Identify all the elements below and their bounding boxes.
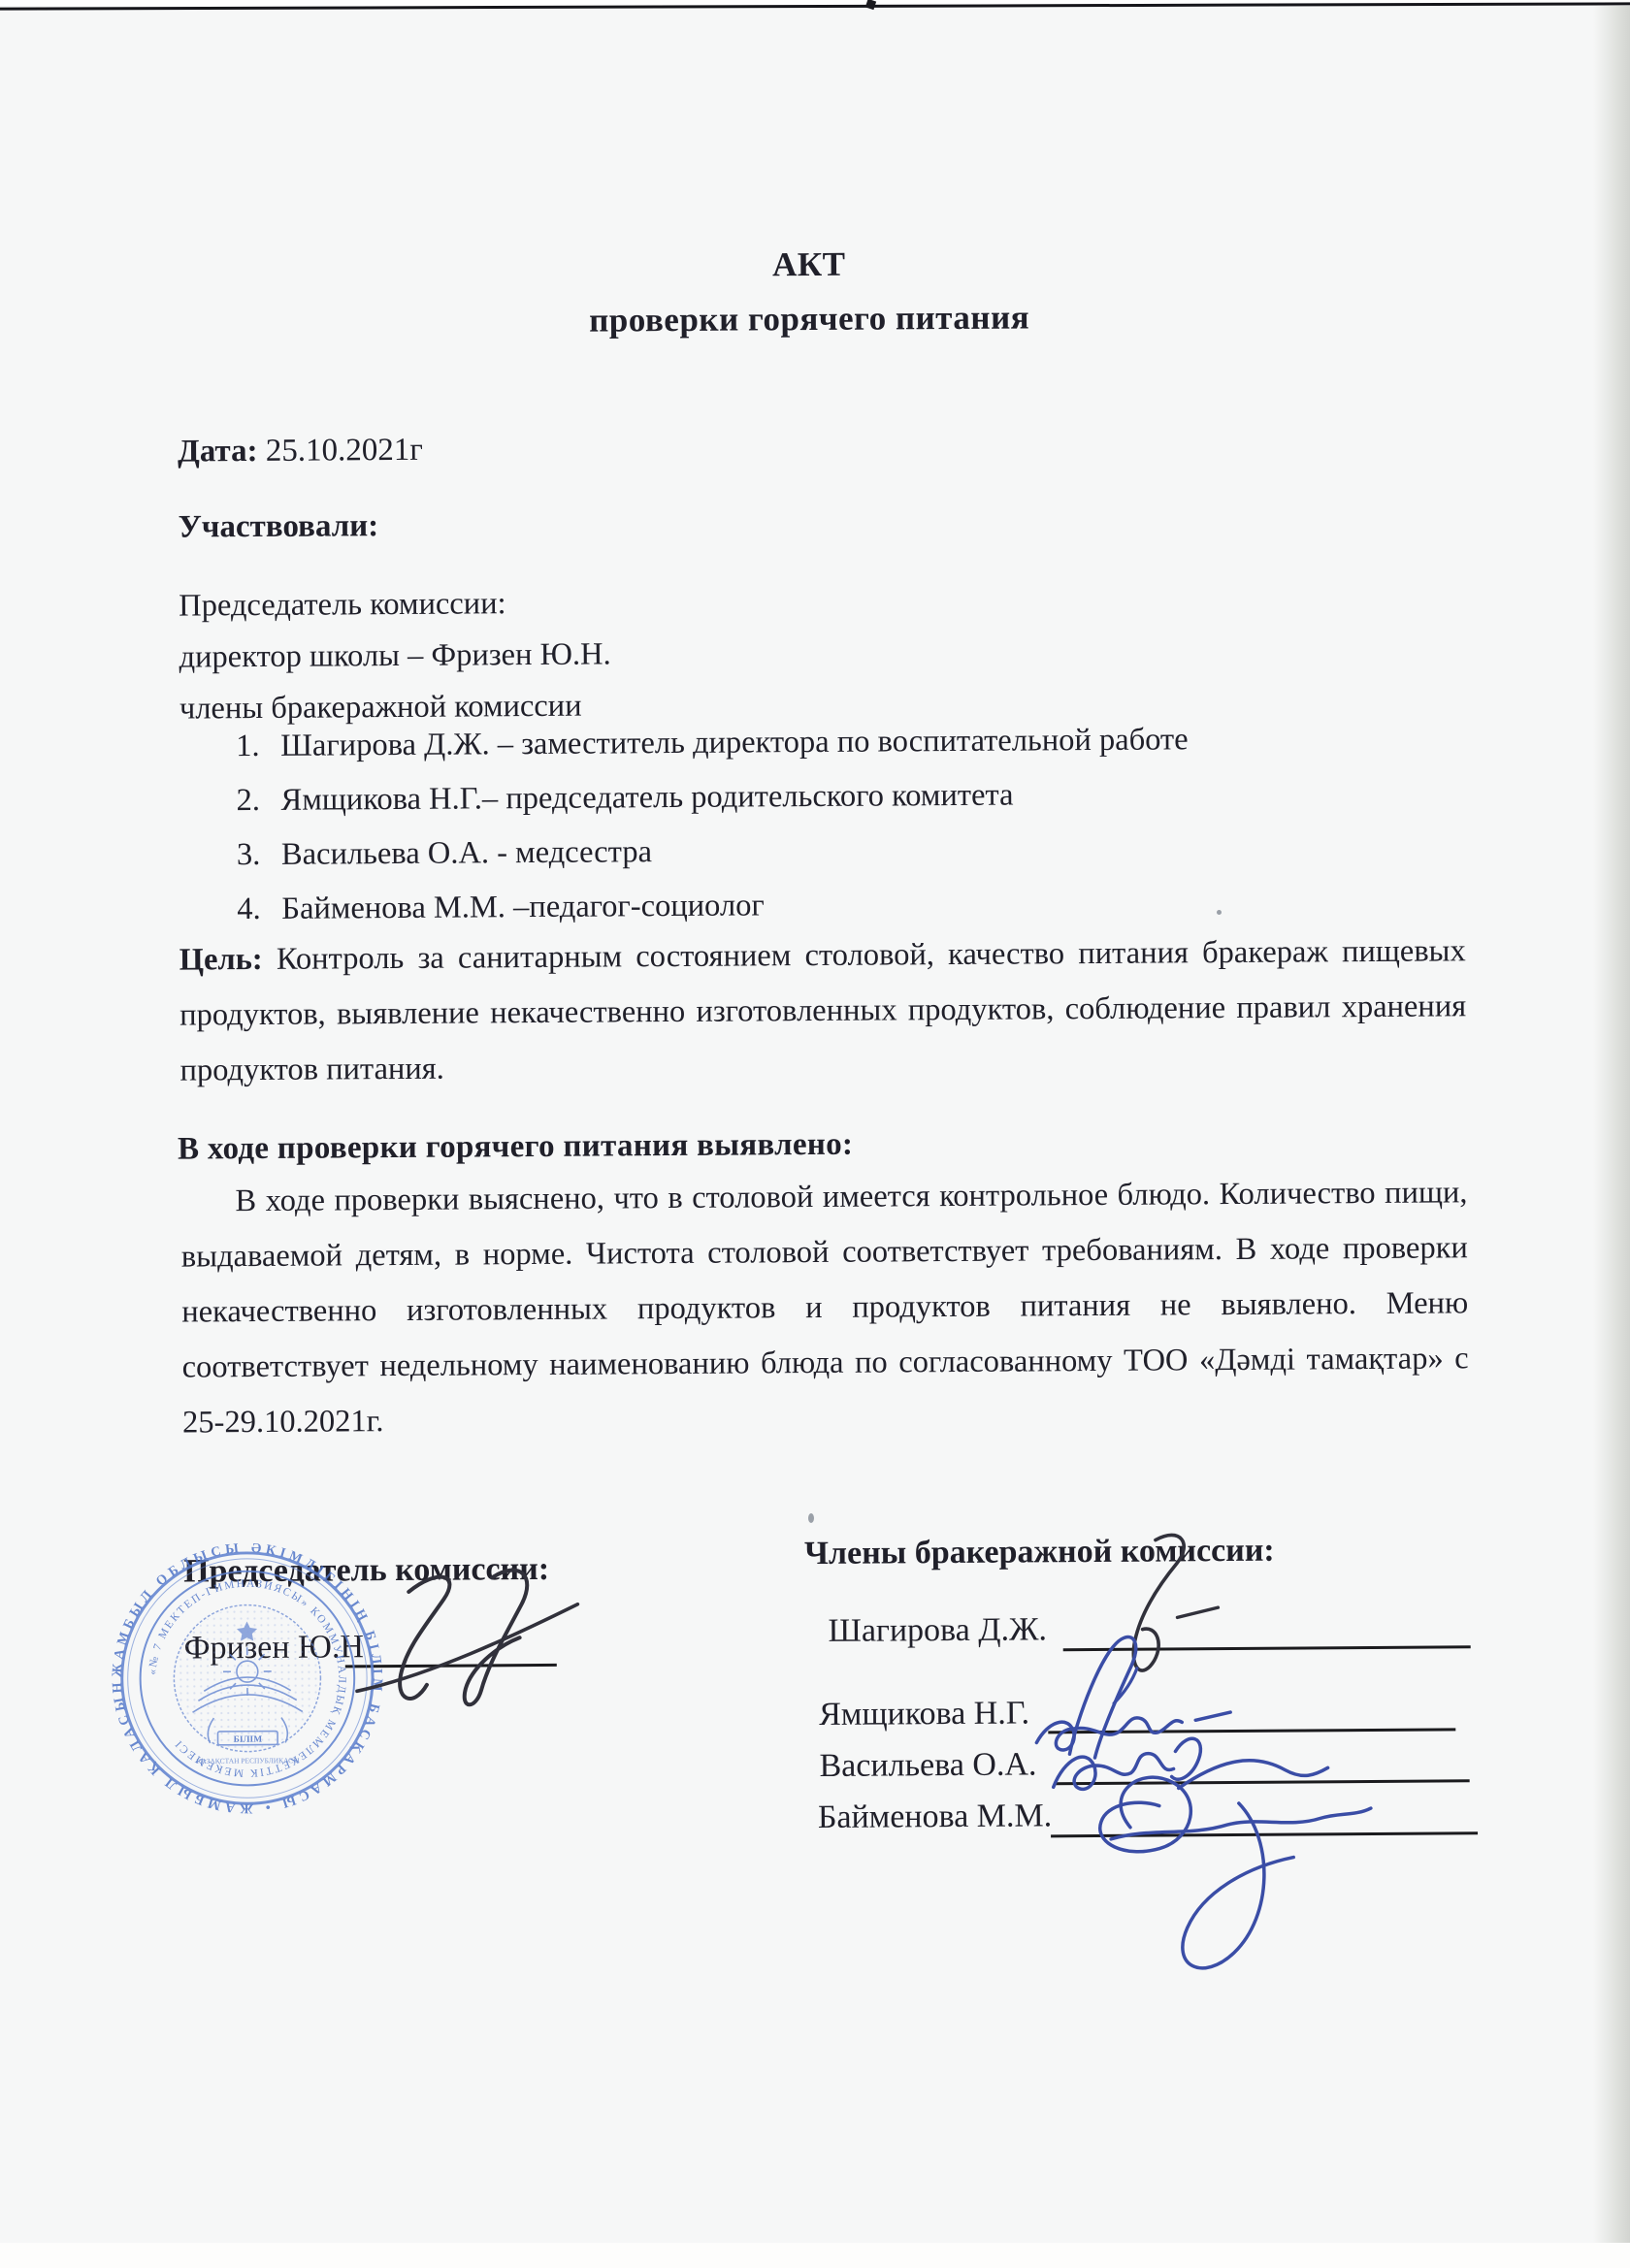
list-item-number: 1. [236, 729, 280, 764]
date-line: Дата: 25.10.2021г [178, 433, 423, 470]
member-signature-name: Ямщикова Н.Г. [819, 1695, 1029, 1733]
findings-heading: В ходе проверки горячего питания выявлен… [178, 1127, 853, 1168]
scan-speck [1217, 910, 1222, 915]
list-item: 1. Шагирова Д.Ж. – заместитель директора… [236, 722, 1189, 783]
list-item-number: 3. [237, 837, 281, 873]
members-list: 1. Шагирова Д.Ж. – заместитель директора… [236, 722, 1190, 946]
document-title: АКТ проверки горячего питания [0, 232, 1624, 352]
date-label: Дата: [178, 434, 258, 470]
chairman-line: директор школы – Фризен Ю.Н. [179, 629, 610, 683]
list-item: 3. Васильева О.А. - медсестра [237, 830, 1190, 891]
title-line-2: проверки горячего питания [0, 286, 1624, 352]
scan-right-page-edge [1593, 0, 1630, 2268]
date-value: 25.10.2021г [257, 433, 423, 469]
scan-bottom-margin [0, 2243, 1630, 2268]
list-item-text: Байменова М.М. –педагог-социолог [281, 888, 765, 926]
list-item-text: Васильева О.А. - медсестра [281, 834, 652, 873]
findings-paragraph: В ходе проверки выяснено, что в столовой… [180, 1165, 1469, 1450]
goal-text: Контроль за санитарным состоянием столов… [179, 933, 1466, 1087]
list-item-number: 4. [237, 891, 281, 927]
commission-block: Председатель комиссии: директор школы – … [179, 577, 611, 734]
list-item-text: Ямщикова Н.Г.– председатель родительског… [280, 778, 1013, 819]
scanned-document-page: АКТ проверки горячего питания Дата: 25.1… [0, 0, 1630, 2268]
document-content: АКТ проверки горячего питания Дата: 25.1… [0, 0, 1630, 2268]
participants-heading: Участвовали: [178, 508, 378, 545]
stamp-center-text: ҚАЗАҚСТАН РЕСПУБЛИКАСЫ [196, 1756, 300, 1766]
handwritten-signature-baymenova [994, 1731, 1403, 1995]
goal-label: Цель: [179, 942, 263, 978]
list-item-text: Шагирова Д.Ж. – заместитель директора по… [280, 722, 1189, 764]
list-item-number: 2. [236, 783, 280, 819]
goal-paragraph: Цель: Контроль за санитарным состоянием … [179, 923, 1467, 1098]
stamp-banner-text: БІЛІМ [234, 1735, 263, 1745]
list-item: 2. Ямщикова Н.Г.– председатель родительс… [236, 776, 1189, 837]
scan-speck [808, 1513, 814, 1523]
chairman-label: Председатель комиссии: [179, 577, 610, 632]
handwritten-signature-frizen [294, 1562, 586, 1719]
